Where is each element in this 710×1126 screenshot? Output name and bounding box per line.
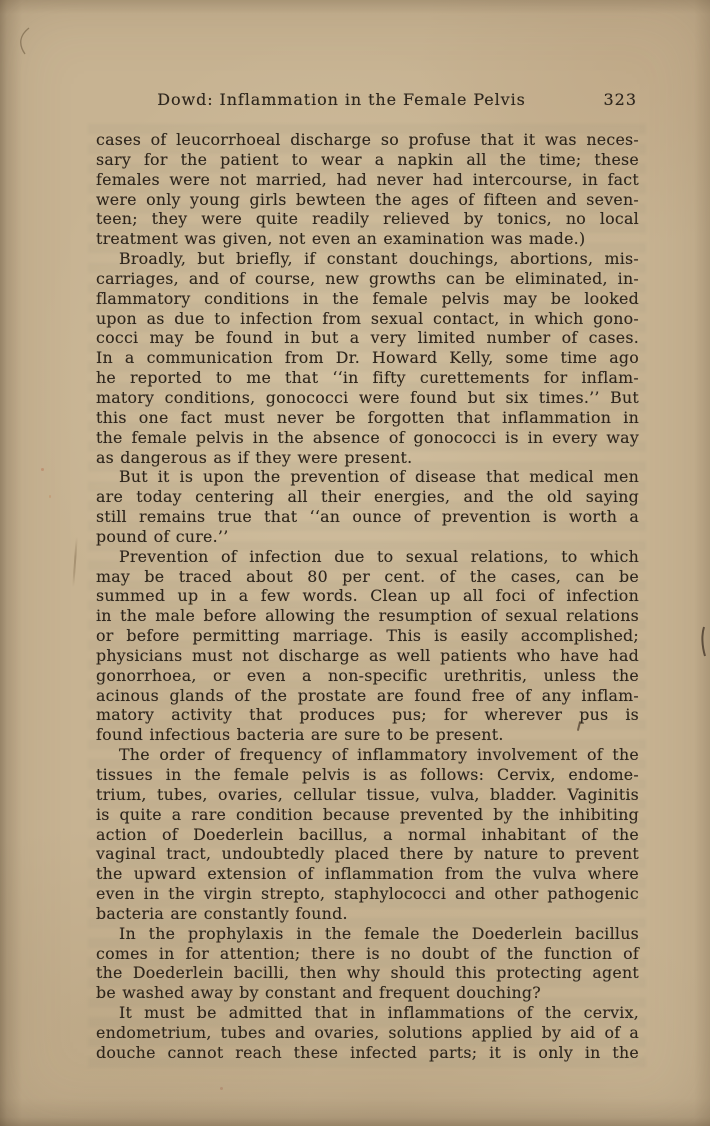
text-line: found infectious bacteria are sure to be… — [96, 725, 639, 745]
text-line: or before permitting marriage. This is e… — [96, 626, 639, 646]
right-margin-ink-mark — [698, 626, 708, 658]
text-line: In a communication from Dr. Howard Kelly… — [96, 348, 639, 368]
text-line: tissues in the female pelvis is as follo… — [96, 765, 639, 785]
text-line: In the prophylaxis in the female the Doe… — [96, 924, 639, 944]
text-line: action of Doederlein bacillus, a normal … — [96, 825, 639, 845]
text-line: the Doederlein bacilli, then why should … — [96, 963, 639, 983]
text-line: the female pelvis in the absence of gono… — [96, 428, 639, 448]
text-line: is quite a rare condition because preven… — [96, 805, 639, 825]
text-line: were only young girls bewteen the ages o… — [96, 190, 639, 210]
body-text: cases of leucorrhoeal discharge so profu… — [96, 130, 639, 1063]
text-line: even in the virgin strepto, staphylococc… — [96, 884, 639, 904]
corner-crease-mark — [16, 27, 32, 55]
text-line: trium, tubes, ovaries, cellular tissue, … — [96, 785, 639, 805]
text-line: douche cannot reach these infected parts… — [96, 1043, 639, 1063]
running-title: Dowd: Inflammation in the Female Pelvis — [96, 90, 587, 109]
text-line: still remains true that ‘‘an ounce of pr… — [96, 507, 639, 527]
text-line: acinous glands of the prostate are found… — [96, 686, 639, 706]
text-line: gonorrhoea, or even a non-specific ureth… — [96, 666, 639, 686]
text-line: bacteria are constantly found. — [96, 904, 639, 924]
text-line: females were not married, had never had … — [96, 170, 639, 190]
text-line: sary for the patient to wear a napkin al… — [96, 150, 639, 170]
text-line: treatment was given, not even an examina… — [96, 229, 639, 249]
page-header: Dowd: Inflammation in the Female Pelvis … — [96, 90, 639, 110]
text-line: But it is upon the prevention of disease… — [96, 467, 639, 487]
text-line: cases of leucorrhoeal discharge so profu… — [96, 130, 639, 150]
page-number: 323 — [603, 90, 637, 109]
text-line: teen; they were quite readily relieved b… — [96, 209, 639, 229]
text-line: as dangerous as if they were present. — [96, 448, 639, 468]
text-line: in the male before allowing the resumpti… — [96, 606, 639, 626]
text-line: may be traced about 80 per cent. of the … — [96, 567, 639, 587]
text-line: It must be admitted that in inflammation… — [96, 1003, 639, 1023]
text-line: carriages, and of course, new growths ca… — [96, 269, 639, 289]
text-line: this one fact must never be forgotten th… — [96, 408, 639, 428]
text-line: matory conditions, gonococci were found … — [96, 388, 639, 408]
text-line: physicians must not discharge as well pa… — [96, 646, 639, 666]
text-line: Prevention of infection due to sexual re… — [96, 547, 639, 567]
text-line: The order of frequency of inflammatory i… — [96, 745, 639, 765]
text-line: upon as due to infection from sexual con… — [96, 309, 639, 329]
scanned-book-page: Dowd: Inflammation in the Female Pelvis … — [0, 0, 710, 1126]
paper-speck — [41, 468, 44, 471]
text-line: he reported to me that ‘‘in fifty curett… — [96, 368, 639, 388]
text-line: Broadly, but briefly, if constant douchi… — [96, 249, 639, 269]
text-line: vaginal tract, undoubtedly placed there … — [96, 844, 639, 864]
text-line: endometrium, tubes and ovaries, solution… — [96, 1023, 639, 1043]
text-line: pound of cure.’’ — [96, 527, 639, 547]
text-line: matory activity that produces pus; for w… — [96, 705, 639, 725]
text-line: be washed away by constant and frequent … — [96, 983, 639, 1003]
text-line: are today centering all their energies, … — [96, 487, 639, 507]
left-margin-crease — [72, 537, 77, 587]
text-line: summed up in a few words. Clean up all f… — [96, 586, 639, 606]
text-line: comes in for attention; there is no doub… — [96, 944, 639, 964]
text-line: flammatory conditions in the female pelv… — [96, 289, 639, 309]
text-line: the upward extension of inflammation fro… — [96, 864, 639, 884]
text-line: cocci may be found in but a very limited… — [96, 328, 639, 348]
paper-speck — [220, 1087, 223, 1090]
paper-speck — [49, 495, 51, 498]
